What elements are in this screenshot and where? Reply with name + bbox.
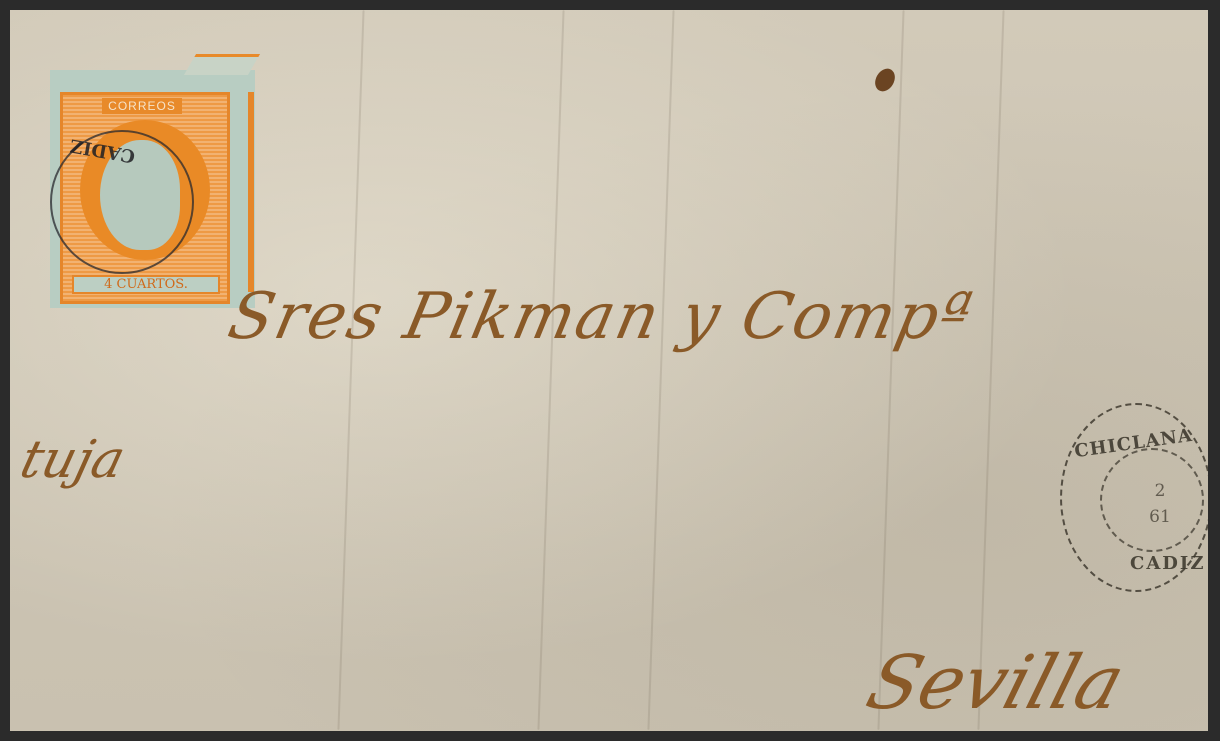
- stamp-value-label: 4 CUARTOS.: [72, 275, 220, 294]
- ink-bleed-line: [647, 10, 674, 730]
- postmark-date: 2 61: [1140, 478, 1180, 530]
- cancellation-text: CADIZ: [69, 134, 137, 166]
- locality-handwriting: tuja: [15, 430, 131, 490]
- cancellation-mark: CADIZ: [50, 130, 194, 274]
- letter-cover: CORREOS 4 CUARTOS. CADIZ Sres Pikman y C…: [10, 10, 1208, 731]
- ink-blot: [871, 65, 899, 95]
- stamp-adjacent-edge: [248, 92, 254, 292]
- postmark-day: 2: [1140, 478, 1180, 504]
- postmark-province: CADIZ: [1130, 553, 1205, 574]
- stamp-correos-label: CORREOS: [102, 98, 182, 114]
- city-handwriting: Sevilla: [858, 640, 1134, 726]
- postmark-year: 61: [1140, 504, 1180, 530]
- ink-bleed-line: [877, 10, 904, 730]
- addressee-handwriting: Sres Pikman y Compª: [222, 280, 980, 354]
- circular-postmark: CHICLANA 2 61 CADIZ: [1060, 403, 1208, 593]
- stamp-folded-tab: [184, 54, 260, 75]
- ink-bleed-line: [537, 10, 564, 730]
- postage-stamp: CORREOS 4 CUARTOS. CADIZ: [50, 70, 250, 310]
- ink-bleed-line: [977, 10, 1004, 730]
- ink-bleed-line: [337, 10, 364, 730]
- photo-frame: CORREOS 4 CUARTOS. CADIZ Sres Pikman y C…: [0, 0, 1220, 741]
